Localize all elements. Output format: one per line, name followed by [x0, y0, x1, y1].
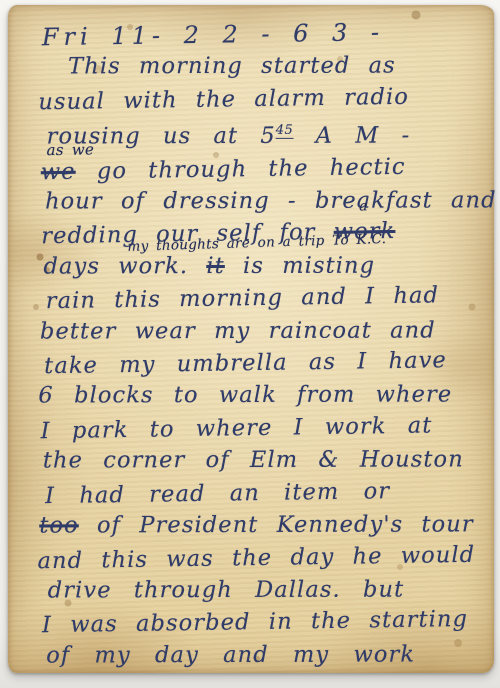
diary-entry: Fri 11- 2 2 - 6 3 - This morning started… [6, 3, 497, 673]
diary-line: the corner of Elm & Houston [43, 444, 489, 478]
insertion-as-we: as we [46, 142, 94, 157]
diary-line-time: rousing us at 545 A M - [47, 115, 487, 154]
line-text: of President Kennedy's tour [79, 511, 474, 538]
diary-line: 6 blocks to walk from where [38, 379, 488, 413]
insertion-a: a [359, 200, 368, 214]
diary-line: take my umbrella as I have [44, 344, 488, 383]
struck-word: it [206, 253, 225, 279]
diary-line: better wear my raincoat and [40, 314, 488, 348]
diary-line-correction: too of President Kennedy's tour [39, 508, 489, 542]
line-text: days work. [43, 253, 206, 279]
line-text: is misting [225, 252, 375, 278]
superscript-minutes: 45 [276, 123, 294, 139]
diary-line: rain this morning and I had [46, 279, 488, 318]
scan-background: Fri 11- 2 2 - 6 3 - This morning started… [0, 0, 500, 688]
paper: Fri 11- 2 2 - 6 3 - This morning started… [8, 5, 494, 673]
diary-line: I was absorbed in the starting [42, 603, 490, 642]
date-line: Fri 11- 2 2 - 6 3 - [42, 15, 486, 54]
diary-line: hour of dressing - breakfast and [45, 184, 487, 218]
diary-line: and this was the day he would [37, 538, 489, 577]
diary-line: of my day and my work [46, 638, 490, 672]
diary-line: I park to where I work at [40, 408, 488, 447]
diary-line: usual with the alarm radio [38, 79, 486, 118]
struck-word: we [41, 158, 76, 185]
diary-line-correction: my thoughts are on a trip To K.C.days wo… [43, 249, 487, 283]
diary-line: I had read an item or [45, 473, 489, 512]
diary-line: This morning started as [68, 50, 486, 84]
struck-word: too [39, 512, 79, 538]
line-text: go through the hectic [75, 153, 405, 184]
diary-line-correction: as wewe go through the hectic [41, 149, 487, 188]
line-text: A M - [293, 123, 410, 149]
diary-line: drive through Dallas. but [48, 573, 490, 607]
